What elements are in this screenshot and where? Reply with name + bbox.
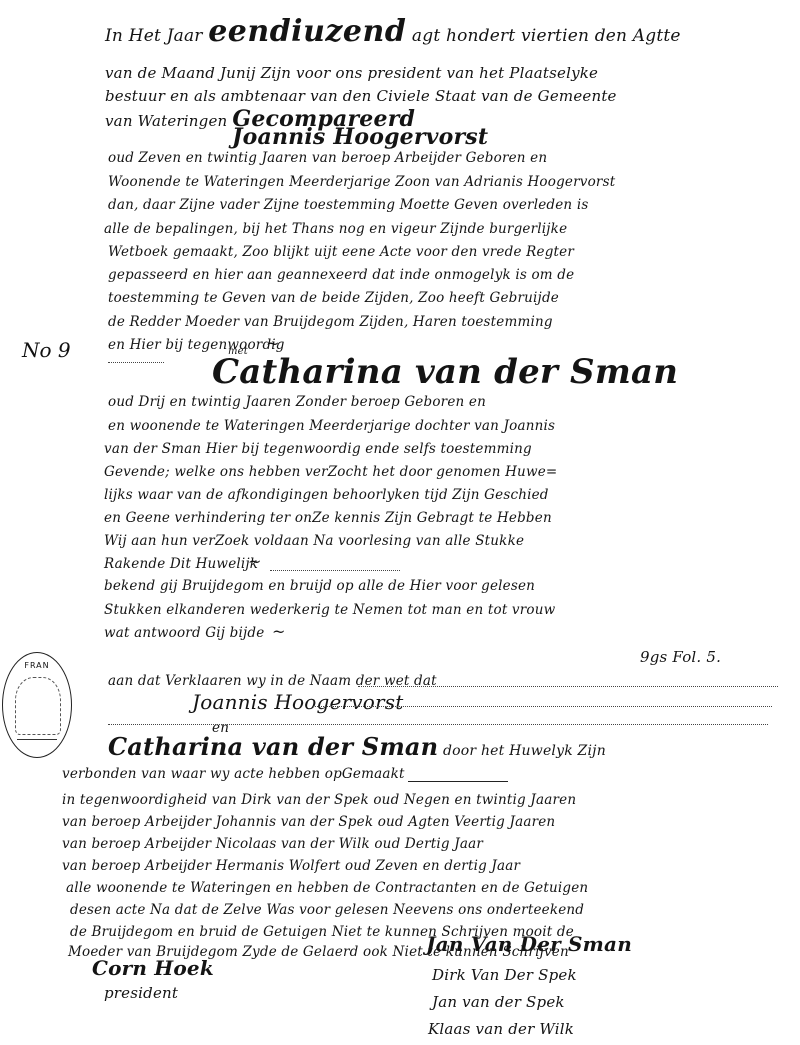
seal-base-line (17, 739, 57, 740)
line-30-end: door het Huwelyk Zijn (438, 743, 606, 759)
text-line-26: wat antwoord Gij bijde (104, 625, 264, 641)
text-line-31: verbonden van waar wy acte hebben opGema… (62, 766, 405, 782)
text-line-19: Gevende; welke ons hebben verZocht het d… (104, 464, 557, 480)
text-line-10: Wetboek gemaakt, Zoo blijkt uijt eene Ac… (108, 244, 574, 260)
filler-dots (358, 686, 778, 687)
text-line-6: oud Zeven en twintig Jaaren van beroep A… (108, 150, 547, 166)
text-line-14: en Hier bij tegenwoordig (108, 337, 285, 353)
text-line-3: bestuur en als ambtenaar van den Civiele… (105, 87, 617, 105)
text-line-33: van beroep Arbeijder Johannis van der Sp… (62, 814, 555, 830)
groom-name-heading: Joannis Hoogervorst (232, 124, 488, 150)
text-line-30: Catharina van der Sman door het Huwelyk … (108, 732, 606, 761)
text-line-20: lijks waar van de afkondigingen behoorly… (104, 487, 549, 503)
text-line-7: Woonende te Wateringen Meerderjarige Zoo… (108, 174, 615, 190)
text-line-24: bekend gij Bruijdegom en bruijd op alle … (104, 578, 535, 594)
document-page: No 9 In Het Jaar eendiuzend agt hondert … (0, 0, 800, 1045)
filler-dots (312, 706, 772, 707)
text-line-25: Stukken elkanderen wederkerig te Nemen t… (104, 602, 555, 618)
filler-dots (108, 362, 164, 363)
signature-president-title: president (104, 984, 178, 1002)
text-line-32: in tegenwoordigheid van Dirk van der Spe… (62, 792, 576, 808)
groom-name-repeat: Joannis Hoogervorst (192, 690, 404, 714)
rule-line (408, 781, 508, 782)
text-line-16: oud Drij en twintig Jaaren Zonder beroep… (108, 394, 486, 410)
text-line-36: alle woonende te Wateringen en hebben de… (66, 880, 588, 896)
official-seal-stamp: FRAN (2, 652, 72, 758)
flourish-mark: ~ (266, 334, 279, 353)
record-number: No 9 (22, 338, 71, 362)
year-words: eendiuzend (208, 14, 406, 49)
filler-dots (108, 724, 768, 725)
bride-name-heading: Catharina van der Sman (212, 352, 678, 392)
seal-inscription: FRAN (24, 661, 49, 670)
flourish-mark: ~ (272, 622, 285, 641)
bride-name-repeat: Catharina van der Sman (108, 732, 438, 761)
flourish-mark: ~ (248, 552, 261, 571)
filler-dots (270, 570, 400, 571)
text-line-18: van der Sman Hier bij tegenwoordig ende … (104, 441, 532, 457)
text-line-12: toestemming te Geven van de beide Zijden… (108, 290, 559, 306)
line-1-end: agt hondert viertien den Agtte (406, 26, 680, 46)
text-line-37: desen acte Na dat de Zelve Was voor gele… (70, 902, 584, 918)
text-line-21: en Geene verhindering ter onZe kennis Zi… (104, 510, 552, 526)
signature-witness-4: Klaas van der Wilk (428, 1020, 574, 1038)
text-line-35: van beroep Arbeijder Hermanis Wolfert ou… (62, 858, 520, 874)
text-line-13: de Redder Moeder van Bruijdegom Zijden, … (108, 314, 553, 330)
seal-figure-icon (15, 677, 61, 735)
text-line-34: van beroep Arbeijder Nicolaas van der Wi… (62, 836, 483, 852)
signature-witness-3: Jan van der Spek (432, 993, 565, 1011)
text-line-8: dan, daar Zijne vader Zijne toestemming … (108, 197, 588, 213)
line-4-start: van Wateringen (105, 112, 232, 130)
signature-witness-1: Jan Van Der Sman (426, 932, 632, 956)
text-line-11: gepasseerd en hier aan geannexeerd dat i… (108, 267, 574, 283)
text-line-1: In Het Jaar eendiuzend agt hondert viert… (105, 14, 681, 49)
signature-president-name: Corn Hoek (92, 956, 214, 980)
text-line-9: alle de bepalingen, bij het Thans nog en… (104, 221, 567, 237)
signature-witness-2: Dirk Van Der Spek (432, 966, 577, 984)
text-line-22: Wij aan hun verZoek voldaan Na voorlesin… (104, 533, 524, 549)
text-line-17: en woonende te Wateringen Meerderjarige … (108, 418, 555, 434)
text-line-23: Rakende Dit Huwelijk (104, 556, 258, 572)
line-1-start: In Het Jaar (105, 26, 208, 46)
text-line-2: van de Maand Junij Zijn voor ons preside… (105, 64, 598, 82)
folio-note: 9gs Fol. 5. (640, 648, 721, 666)
